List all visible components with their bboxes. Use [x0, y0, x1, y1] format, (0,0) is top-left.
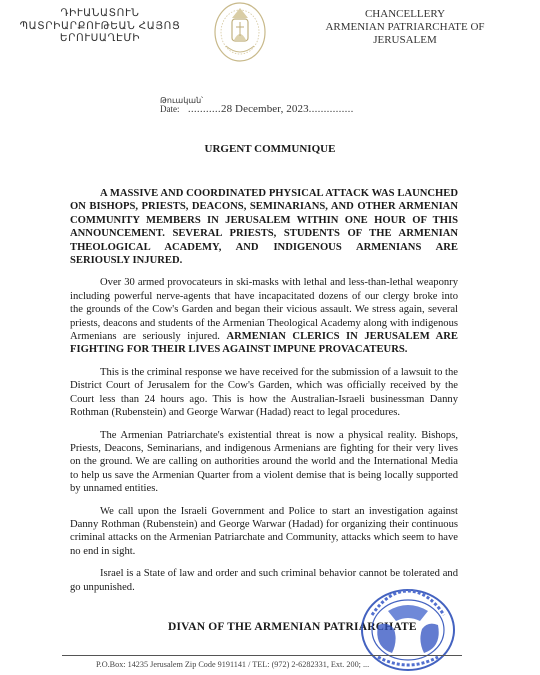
jerusalem-line: JERUSALEM: [290, 34, 520, 47]
date-trailing-dots: ...............: [309, 105, 354, 114]
date-label: Date:: [160, 105, 188, 114]
chancellery-line: CHANCELLERY: [290, 8, 520, 21]
communique-body: A MASSIVE AND COORDINATED PHYSICAL ATTAC…: [70, 187, 458, 603]
paragraph-4: The Armenian Patriarchate's existential …: [70, 429, 458, 496]
footer-divider: [62, 655, 462, 656]
paragraph-2: Over 30 armed provocateurs in ski-masks …: [70, 276, 458, 356]
date-block: Թուական՝ Date: ........... 28 December, …: [160, 96, 354, 114]
paragraph-3: This is the criminal response we have re…: [70, 366, 458, 420]
footer-contact: P.O.Box: 14235 Jerusalem Zip Code 919114…: [96, 660, 369, 669]
date-leading-dots: ...........: [188, 105, 221, 114]
paragraph-5: We call upon the Israeli Government and …: [70, 505, 458, 559]
armenian-line-1: ԴԻՒԱՆԱՏՈՒՆ: [0, 8, 200, 21]
communique-title: URGENT COMMUNIQUE: [0, 143, 540, 155]
patriarchate-line: ARMENIAN PATRIARCHATE OF: [290, 21, 520, 34]
english-letterhead: CHANCELLERY ARMENIAN PATRIARCHATE OF JER…: [290, 8, 520, 47]
official-seal-stamp-icon: [358, 585, 458, 675]
armenian-letterhead: ԴԻՒԱՆԱՏՈՒՆ ՊԱՏՐԻԱՐՔՈՒԹԵԱՆ ՀԱՅՈՑ ԵՐՈՒՍԱՂԷ…: [0, 8, 200, 46]
date-value: 28 December, 2023: [221, 105, 309, 114]
patriarchate-emblem-icon: [212, 0, 268, 64]
armenian-line-2: ՊԱՏՐԻԱՐՔՈՒԹԵԱՆ ՀԱՅՈՑ: [0, 21, 200, 34]
paragraph-1: A MASSIVE AND COORDINATED PHYSICAL ATTAC…: [70, 187, 458, 267]
armenian-line-3: ԵՐՈՒՍԱՂԷՄԻ: [0, 33, 200, 46]
